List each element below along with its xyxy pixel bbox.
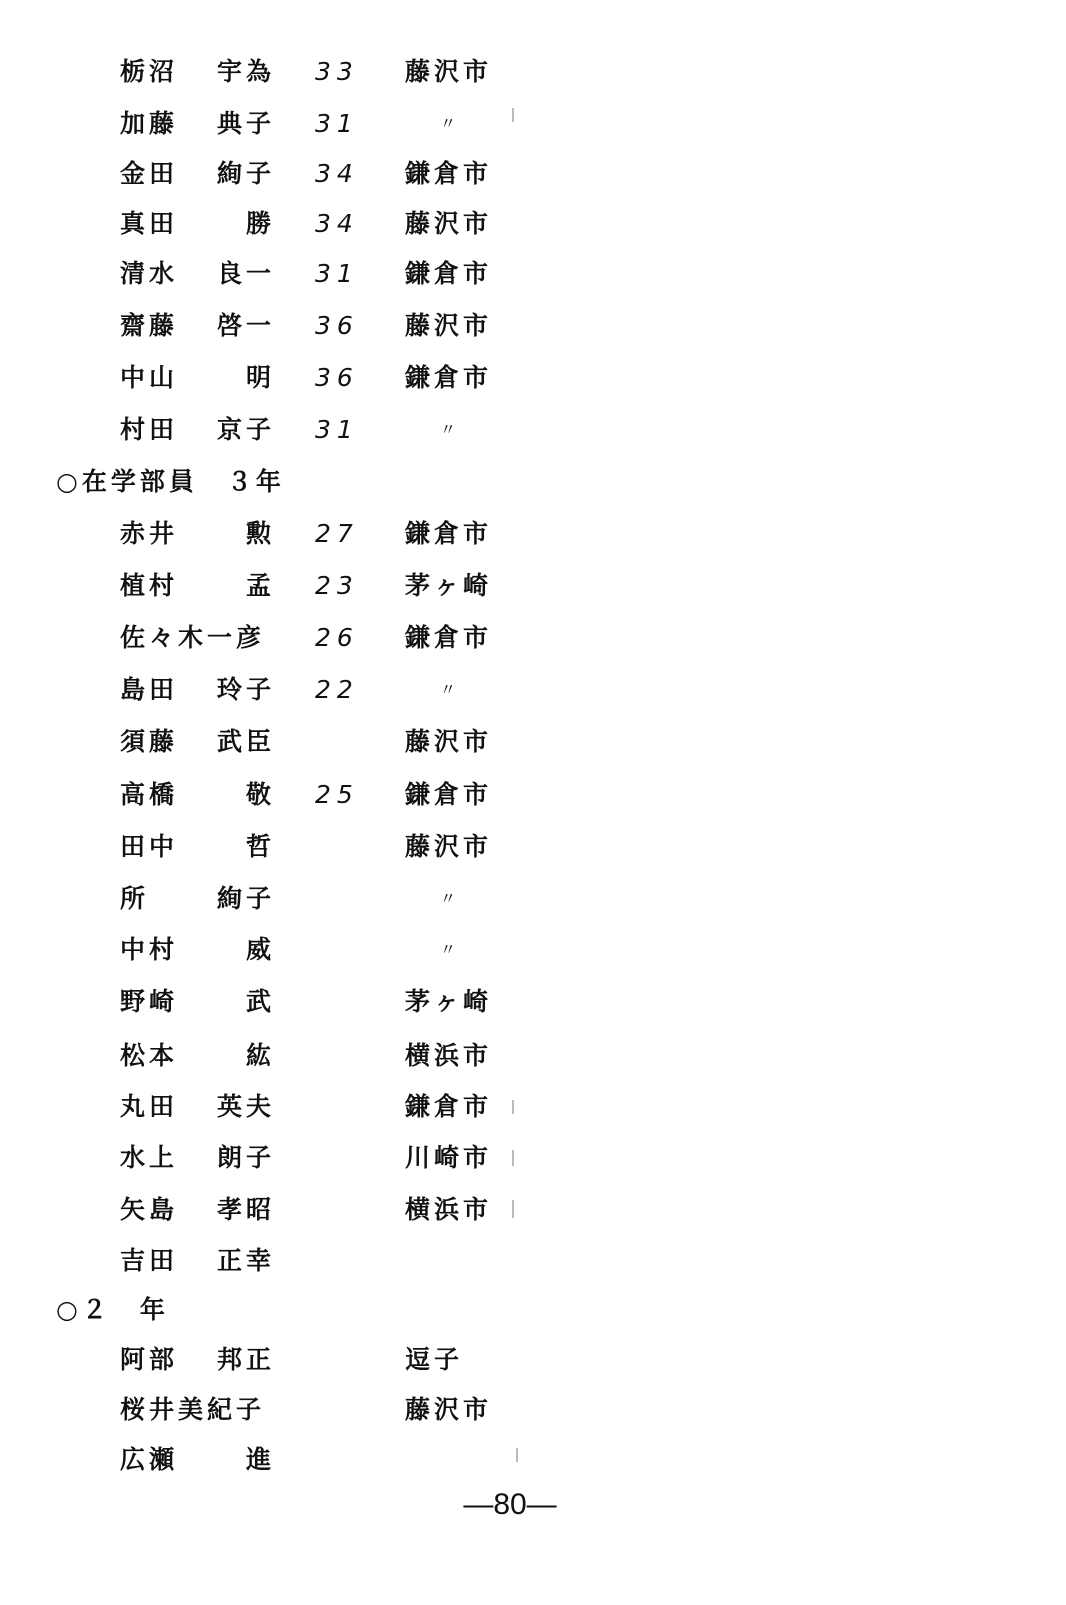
member-city-ditto: 〃 (440, 410, 470, 450)
member-age: 22 (315, 670, 365, 710)
member-row: 阿部 邦正 逗子 (0, 1340, 560, 1380)
member-given-name: 典子 (205, 104, 275, 144)
member-city-ditto: 〃 (440, 670, 470, 710)
member-city: 川崎市 (405, 1138, 515, 1178)
member-given-name: 邦正 (205, 1340, 275, 1380)
member-family-name: 植村 (120, 566, 200, 606)
member-family-name: 金田 (120, 154, 200, 194)
member-family-name: 田中 (120, 827, 200, 867)
member-age: 36 (315, 358, 365, 398)
member-row: 丸田 英夫 鎌倉市 (0, 1087, 560, 1127)
member-city-ditto: 〃 (440, 104, 470, 144)
member-city: 鎌倉市 (405, 254, 515, 294)
member-family-name: 丸田 (120, 1087, 200, 1127)
member-family-name: 矢島 (120, 1190, 200, 1230)
member-age: 34 (315, 204, 365, 244)
member-row: 清水 良一 31 鎌倉市 (0, 254, 560, 294)
member-family-name: 松本 (120, 1036, 200, 1076)
member-row: 中山 明 36 鎌倉市 (0, 358, 560, 398)
member-age: 33 (315, 52, 365, 92)
member-row: 村田 京子 31 〃 (0, 410, 560, 450)
member-family-name: 高橋 (120, 775, 200, 815)
member-row: 須藤 武臣 藤沢市 (0, 722, 560, 762)
member-given-name: 武臣 (205, 722, 275, 762)
member-given-name: 玲子 (205, 670, 275, 710)
member-city: 茅ヶ崎 (405, 566, 515, 606)
member-city: 藤沢市 (405, 1390, 515, 1430)
member-given-name: 京子 (205, 410, 275, 450)
member-age: 27 (315, 514, 365, 554)
member-row: 水上 朗子 川崎市 (0, 1138, 560, 1178)
member-city: 藤沢市 (405, 722, 515, 762)
member-given-name: 威 (205, 930, 275, 970)
member-row: 栃沼 宇為 33 藤沢市 (0, 52, 560, 92)
member-city: 鎌倉市 (405, 514, 515, 554)
member-age: 25 (315, 775, 365, 815)
member-family-name: 真田 (120, 204, 200, 244)
member-age: 31 (315, 410, 365, 450)
member-given-name: 敬 (205, 775, 275, 815)
member-given-name: 孟 (205, 566, 275, 606)
member-full-name: 佐々木一彦 (120, 618, 290, 658)
member-row: 広瀬 進 (0, 1440, 560, 1480)
member-given-name: 朗子 (205, 1138, 275, 1178)
member-given-name: 勲 (205, 514, 275, 554)
member-given-name: 哲 (205, 827, 275, 867)
section-heading-3rd-year: ○在学部員 ３年 (56, 462, 285, 502)
member-city: 鎌倉市 (405, 618, 515, 658)
member-row: 齋藤 啓一 36 藤沢市 (0, 306, 560, 346)
member-family-name: 齋藤 (120, 306, 200, 346)
member-family-name: 加藤 (120, 104, 200, 144)
member-city: 鎌倉市 (405, 358, 515, 398)
member-row: 金田 絢子 34 鎌倉市 (0, 154, 560, 194)
member-age: 36 (315, 306, 365, 346)
document-page: 栃沼 宇為 33 藤沢市 加藤 典子 31 〃 金田 絢子 34 鎌倉市 真田 … (0, 0, 1066, 1605)
member-given-name: 良一 (205, 254, 275, 294)
member-given-name: 孝昭 (205, 1190, 275, 1230)
member-age: 26 (315, 618, 365, 658)
member-city: 藤沢市 (405, 306, 515, 346)
member-family-name: 阿部 (120, 1340, 200, 1380)
member-given-name: 紘 (205, 1036, 275, 1076)
member-given-name: 絢子 (205, 879, 275, 919)
member-given-name: 勝 (205, 204, 275, 244)
member-city: 鎌倉市 (405, 154, 515, 194)
member-city: 藤沢市 (405, 52, 515, 92)
member-row: 植村 孟 23 茅ヶ崎 (0, 566, 560, 606)
member-city: 藤沢市 (405, 827, 515, 867)
member-row: 島田 玲子 22 〃 (0, 670, 560, 710)
member-city: 茅ヶ崎 (405, 982, 515, 1022)
member-family-name: 広瀬 (120, 1440, 200, 1480)
member-family-name: 赤井 (120, 514, 200, 554)
member-family-name: 須藤 (120, 722, 200, 762)
page-number: —80— (440, 1485, 580, 1525)
member-full-name: 桜井美紀子 (120, 1390, 290, 1430)
member-age: 34 (315, 154, 365, 194)
member-row: 中村 威 〃 (0, 930, 560, 970)
member-row: 真田 勝 34 藤沢市 (0, 204, 560, 244)
scan-edge-mark (512, 1100, 514, 1114)
scan-edge-mark (512, 108, 514, 122)
member-family-name: 野崎 (120, 982, 200, 1022)
member-family-name: 村田 (120, 410, 200, 450)
member-row: 高橋 敬 25 鎌倉市 (0, 775, 560, 815)
member-family-name: 吉田 (120, 1241, 200, 1281)
member-age: 23 (315, 566, 365, 606)
scan-edge-mark (516, 1448, 518, 1462)
member-age: 31 (315, 104, 365, 144)
member-row: 佐々木一彦 26 鎌倉市 (0, 618, 560, 658)
member-family-name: 中山 (120, 358, 200, 398)
member-family-name: 所 (120, 879, 200, 919)
member-row: 吉田 正幸 (0, 1241, 560, 1281)
member-row: 田中 哲 藤沢市 (0, 827, 560, 867)
member-city: 横浜市 (405, 1190, 515, 1230)
member-city: 逗子 (405, 1340, 515, 1380)
member-row: 赤井 勲 27 鎌倉市 (0, 514, 560, 554)
member-family-name: 清水 (120, 254, 200, 294)
member-city: 横浜市 (405, 1036, 515, 1076)
member-given-name: 宇為 (205, 52, 275, 92)
member-given-name: 明 (205, 358, 275, 398)
member-city-ditto: 〃 (440, 879, 470, 919)
member-row: 矢島 孝昭 横浜市 (0, 1190, 560, 1230)
member-row: 野崎 武 茅ヶ崎 (0, 982, 560, 1022)
member-given-name: 啓一 (205, 306, 275, 346)
member-city: 鎌倉市 (405, 775, 515, 815)
member-city: 藤沢市 (405, 204, 515, 244)
member-row: 桜井美紀子 藤沢市 (0, 1390, 560, 1430)
member-city: 鎌倉市 (405, 1087, 515, 1127)
member-row: 松本 紘 横浜市 (0, 1036, 560, 1076)
section-heading-2nd-year: ○２ 年 (56, 1290, 169, 1330)
member-row: 所 絢子 〃 (0, 879, 560, 919)
member-given-name: 正幸 (205, 1241, 275, 1281)
member-family-name: 島田 (120, 670, 200, 710)
member-city-ditto: 〃 (440, 930, 470, 970)
scan-edge-mark (512, 1200, 514, 1218)
member-family-name: 水上 (120, 1138, 200, 1178)
member-given-name: 進 (205, 1440, 275, 1480)
member-age: 31 (315, 254, 365, 294)
member-given-name: 英夫 (205, 1087, 275, 1127)
member-given-name: 絢子 (205, 154, 275, 194)
member-family-name: 中村 (120, 930, 200, 970)
member-given-name: 武 (205, 982, 275, 1022)
member-family-name: 栃沼 (120, 52, 200, 92)
scan-edge-mark (512, 1150, 514, 1166)
member-row: 加藤 典子 31 〃 (0, 104, 560, 144)
